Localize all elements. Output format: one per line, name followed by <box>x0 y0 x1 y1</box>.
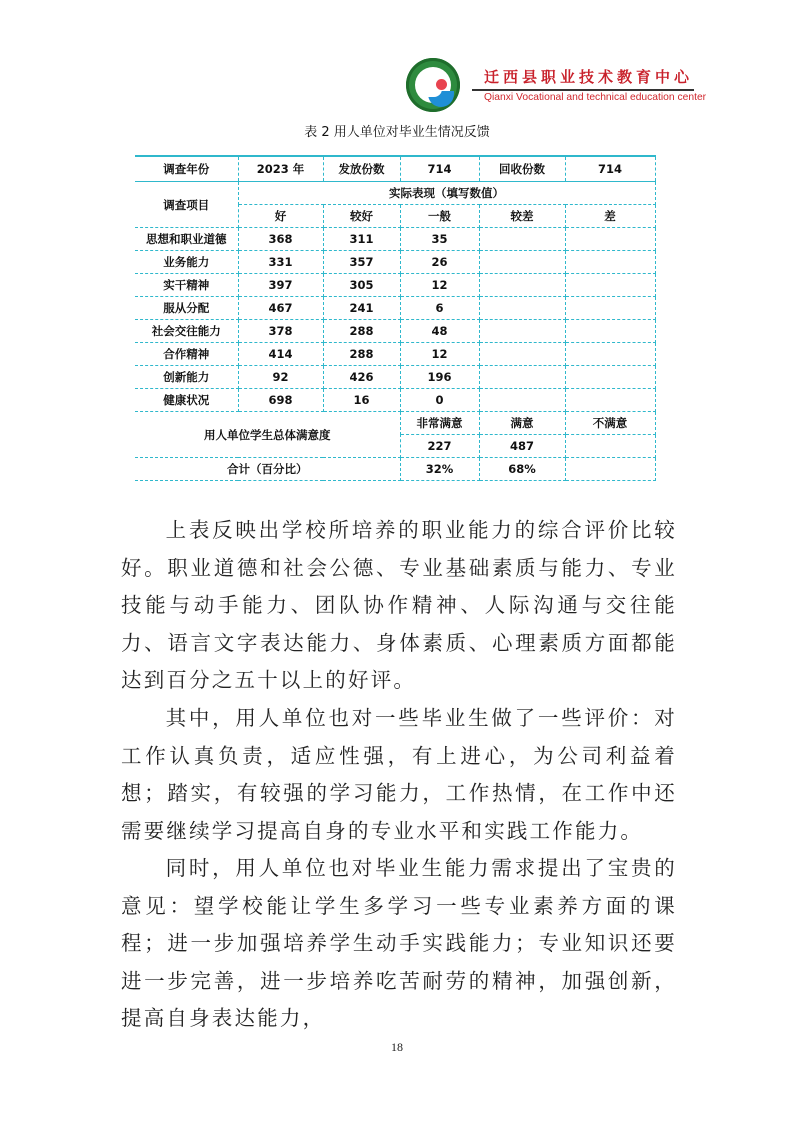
cell: 227 <box>400 435 479 458</box>
org-name-cn: 迁西县职业技术教育中心 <box>484 66 693 87</box>
row-item: 社会交往能力 <box>135 320 238 343</box>
cell: 26 <box>400 251 479 274</box>
cell: 378 <box>238 320 323 343</box>
cell <box>479 366 565 389</box>
cell: 12 <box>400 274 479 297</box>
paragraph: 其中，用人单位也对一些毕业生做了一些评价：对工作认真负责，适应性强，有上进心，为… <box>121 700 677 850</box>
header-row: 调查项目 实际表现（填写数值） <box>135 182 655 205</box>
cell: 487 <box>479 435 565 458</box>
satisfaction-label: 用人单位学生总体满意度 <box>135 412 400 458</box>
cell: 357 <box>323 251 400 274</box>
meta-row: 调查年份 2023 年 发放份数 714 回收份数 714 <box>135 156 655 182</box>
cell <box>479 228 565 251</box>
row-item: 合作精神 <box>135 343 238 366</box>
performance-header: 实际表现（填写数值） <box>238 182 655 205</box>
item-header: 调查项目 <box>135 182 238 228</box>
paragraph-text: 上表反映出学校所培养的职业能力的综合评价比较好。职业道德和社会公德、专业基础素质… <box>121 518 677 692</box>
org-name-en: Qianxi Vocational and technical educatio… <box>484 92 706 103</box>
cell <box>479 251 565 274</box>
issued-value: 714 <box>400 156 479 182</box>
table-row: 社会交往能力 378 288 48 <box>135 320 655 343</box>
cell: 68% <box>479 458 565 481</box>
cell: 48 <box>400 320 479 343</box>
cell <box>479 274 565 297</box>
row-item: 思想和职业道德 <box>135 228 238 251</box>
cell <box>565 228 655 251</box>
cell <box>565 251 655 274</box>
cell <box>479 343 565 366</box>
cell: 698 <box>238 389 323 412</box>
table-row: 服从分配 467 241 6 <box>135 297 655 320</box>
table-row: 健康状况 698 16 0 <box>135 389 655 412</box>
cell <box>479 320 565 343</box>
cell <box>565 343 655 366</box>
table-row: 业务能力 331 357 26 <box>135 251 655 274</box>
paragraph: 同时，用人单位也对毕业生能力需求提出了宝贵的意见：望学校能让学生多学习一些专业素… <box>121 850 677 1038</box>
table-row: 思想和职业道德 368 311 35 <box>135 228 655 251</box>
total-row: 合计（百分比） 32% 68% <box>135 458 655 481</box>
returned-label: 回收份数 <box>479 156 565 182</box>
cell: 32% <box>400 458 479 481</box>
cell: 16 <box>323 389 400 412</box>
cell: 414 <box>238 343 323 366</box>
satisfaction-col-header: 不满意 <box>565 412 655 435</box>
cell: 467 <box>238 297 323 320</box>
total-label: 合计（百分比） <box>135 458 400 481</box>
cell: 196 <box>400 366 479 389</box>
employer-feedback-table: 调查年份 2023 年 发放份数 714 回收份数 714 调查项目 实际表现（… <box>135 155 656 481</box>
cell: 6 <box>400 297 479 320</box>
cell: 311 <box>323 228 400 251</box>
cell: 288 <box>323 343 400 366</box>
cell <box>565 389 655 412</box>
returned-value: 714 <box>565 156 655 182</box>
satisfaction-col-header: 非常满意 <box>400 412 479 435</box>
cell: 397 <box>238 274 323 297</box>
year-value: 2023 年 <box>238 156 323 182</box>
year-label: 调查年份 <box>135 156 238 182</box>
header-divider <box>472 89 694 91</box>
cell: 92 <box>238 366 323 389</box>
cell: 288 <box>323 320 400 343</box>
table-row: 实干精神 397 305 12 <box>135 274 655 297</box>
cell <box>565 274 655 297</box>
cell: 426 <box>323 366 400 389</box>
cell <box>565 297 655 320</box>
cell <box>565 366 655 389</box>
table-caption: 表 2 用人单位对毕业生情况反馈 <box>0 121 794 140</box>
cell: 305 <box>323 274 400 297</box>
satisfaction-header-row: 用人单位学生总体满意度 非常满意 满意 不满意 <box>135 412 655 435</box>
cell: 368 <box>238 228 323 251</box>
paragraph-text: 其中，用人单位也对一些毕业生做了一些评价：对工作认真负责，适应性强，有上进心，为… <box>121 706 677 843</box>
table-row: 创新能力 92 426 196 <box>135 366 655 389</box>
cell: 35 <box>400 228 479 251</box>
satisfaction-col-header: 满意 <box>479 412 565 435</box>
cell: 12 <box>400 343 479 366</box>
cell <box>479 389 565 412</box>
page-header: 迁西县职业技术教育中心 Qianxi Vocational and techni… <box>404 56 704 118</box>
cell: 0 <box>400 389 479 412</box>
rating-col-header: 好 <box>238 205 323 228</box>
row-item: 服从分配 <box>135 297 238 320</box>
rating-col-header: 较差 <box>479 205 565 228</box>
paragraph-text: 同时，用人单位也对毕业生能力需求提出了宝贵的意见：望学校能让学生多学习一些专业素… <box>121 856 677 1030</box>
page-number: 18 <box>0 1040 794 1055</box>
row-item: 实干精神 <box>135 274 238 297</box>
rating-col-header: 差 <box>565 205 655 228</box>
school-emblem-icon <box>406 58 460 112</box>
cell <box>565 458 655 481</box>
cell: 241 <box>323 297 400 320</box>
row-item: 业务能力 <box>135 251 238 274</box>
table-row: 合作精神 414 288 12 <box>135 343 655 366</box>
cell <box>565 320 655 343</box>
paragraph: 上表反映出学校所培养的职业能力的综合评价比较好。职业道德和社会公德、专业基础素质… <box>121 512 677 700</box>
issued-label: 发放份数 <box>323 156 400 182</box>
cell: 331 <box>238 251 323 274</box>
row-item: 创新能力 <box>135 366 238 389</box>
rating-col-header: 较好 <box>323 205 400 228</box>
cell <box>565 435 655 458</box>
row-item: 健康状况 <box>135 389 238 412</box>
cell <box>479 297 565 320</box>
rating-col-header: 一般 <box>400 205 479 228</box>
